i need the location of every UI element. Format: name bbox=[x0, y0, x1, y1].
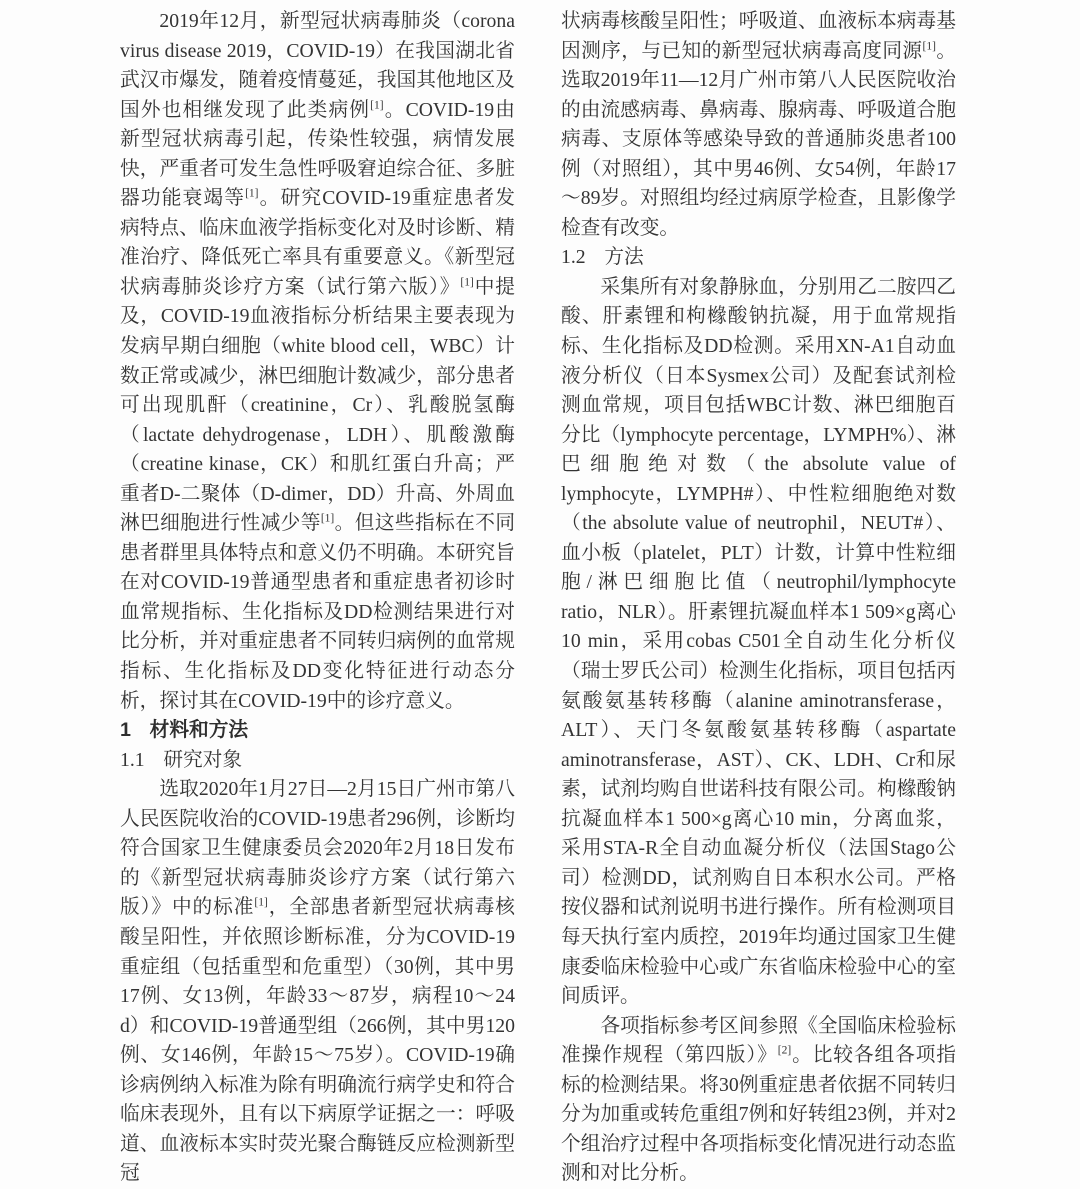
section-1-title: 材料和方法 bbox=[150, 719, 248, 741]
methods-paragraph: 采集所有对象静脉血，分别用乙二胺四乙酸、肝素锂和枸橼酸钠抗凝，用于血常规指标、生… bbox=[561, 273, 956, 1012]
section-1-number: 1 bbox=[120, 719, 131, 741]
citation-ref: [1] bbox=[460, 276, 473, 288]
citation-ref: [1] bbox=[370, 99, 383, 111]
reference-interval-paragraph: 各项指标参考区间参照《全国临床检验标准操作规程（第四版）》[2]。比较各组各项指… bbox=[561, 1012, 956, 1153]
section-1-2-title: 方法 bbox=[604, 246, 643, 268]
citation-ref: [1] bbox=[254, 897, 267, 909]
left-column: 2019年12月，新型冠状病毒肺炎（corona virus disease 2… bbox=[120, 7, 515, 1153]
section-1-1-number: 1.1 bbox=[120, 749, 145, 771]
section-1-2-number: 1.2 bbox=[561, 246, 586, 268]
intro-paragraph: 2019年12月，新型冠状病毒肺炎（corona virus disease 2… bbox=[120, 7, 515, 716]
section-1-1-title: 研究对象 bbox=[163, 749, 242, 771]
subjects-paragraph-part2: 状病毒核酸呈阳性；呼吸道、血液标本病毒基因测序，与已知的新型冠状病毒高度同源[1… bbox=[561, 7, 956, 243]
subjects-paragraph-part1: 选取2020年1月27日—2月15日广州市第八人民医院收治的COVID-19患者… bbox=[120, 775, 515, 1153]
citation-ref: [1] bbox=[321, 513, 334, 525]
right-column: 状病毒核酸呈阳性；呼吸道、血液标本病毒基因测序，与已知的新型冠状病毒高度同源[1… bbox=[561, 7, 956, 1153]
section-1-2-heading: 1.2方法 bbox=[561, 243, 956, 273]
section-1-heading: 1材料和方法 bbox=[120, 716, 515, 746]
citation-ref: [1] bbox=[245, 188, 258, 200]
citation-ref: [1] bbox=[923, 40, 936, 52]
paper-page: 2019年12月，新型冠状病毒肺炎（corona virus disease 2… bbox=[120, 7, 956, 1153]
citation-ref: [2] bbox=[778, 1045, 791, 1057]
section-1-1-heading: 1.1研究对象 bbox=[120, 746, 515, 776]
